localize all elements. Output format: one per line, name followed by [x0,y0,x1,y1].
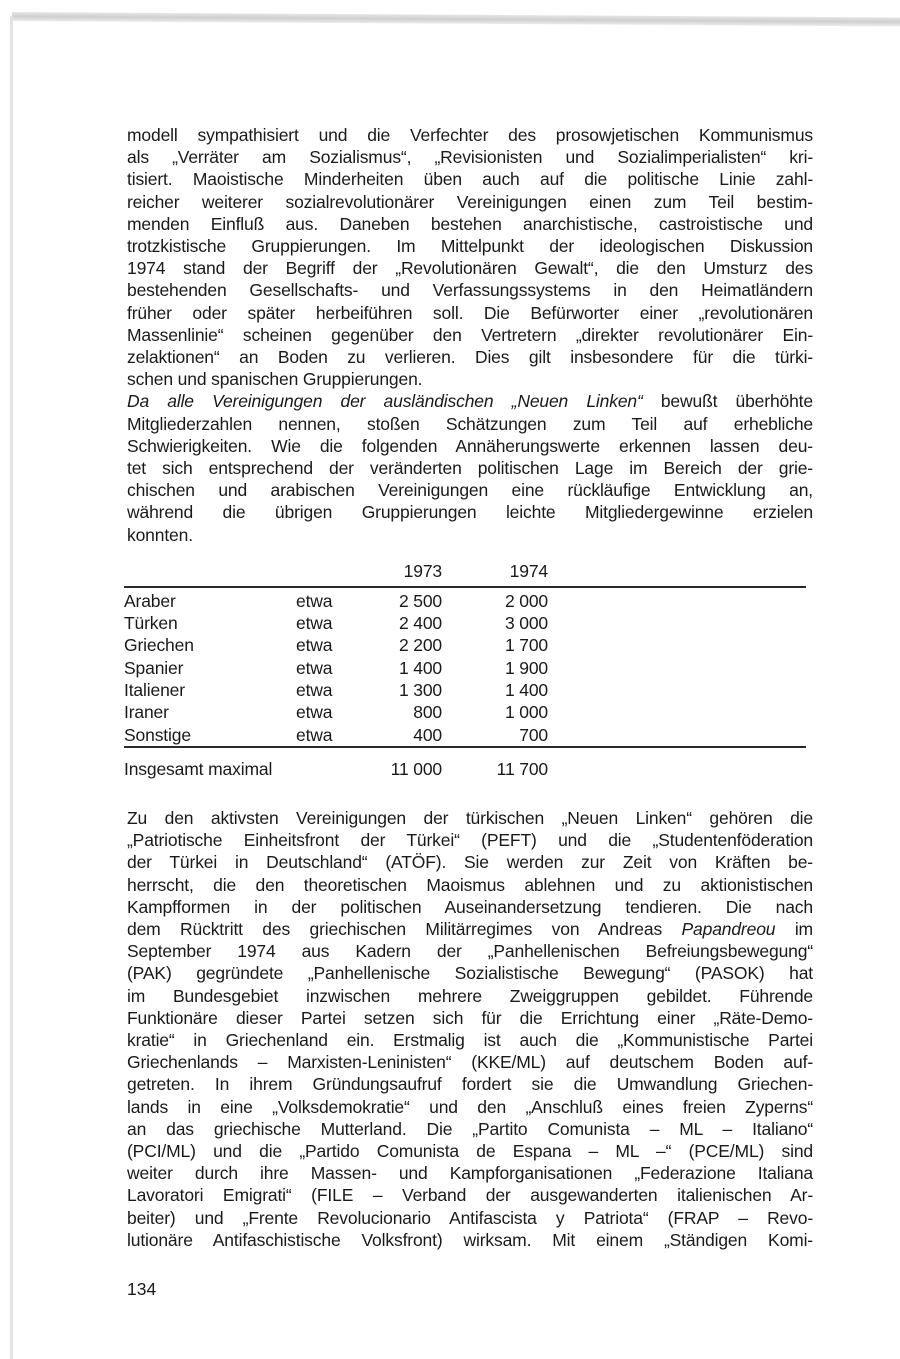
cell-1974: 1 900 [442,657,548,679]
text-line: tisiert. Maoistische Minderheiten üben a… [127,168,813,190]
text-line: lutionäre Antifaschistische Volksfront) … [127,1229,813,1251]
italic-lead: Da alle Vereinigungen der ausländischen … [127,391,643,411]
table-row: Griechenetwa2 2001 700 [124,634,806,656]
cell-qualifier: etwa [296,634,382,656]
cell-1973: 400 [382,724,442,747]
cell-1973: 800 [382,701,442,723]
text-line: getreten. In ihrem Gründungsaufruf forde… [127,1073,813,1095]
text-line: Funktionäre dieser Partei setzen sich fü… [127,1007,813,1029]
table-total-row: Insgesamt maximal11 00011 700 [124,748,806,780]
text-line: dem Rücktritt des griechischen Militärre… [127,918,813,940]
table-row: Spanieretwa1 4001 900 [124,657,806,679]
text-line: tet sich entsprechend der veränderten po… [127,457,813,479]
membership-table: 1973 1974 Araberetwa2 5002 000Türkenetwa… [124,556,806,780]
table-row: Iraneretwa8001 000 [124,701,806,723]
cell-spacer [548,748,806,780]
text-line: kratie“ in Griechenland ein. Erstmalig i… [127,1029,813,1051]
text-line: Schwierigkeiten. Wie die folgenden Annäh… [127,435,813,457]
cell-1973: 2 200 [382,634,442,656]
table-header-row: 1973 1974 [124,556,806,587]
cell-1974: 700 [442,724,548,747]
scan-edge-top [12,12,900,26]
cell-spacer [548,634,806,656]
cell-qualifier: etwa [296,701,382,723]
cell-1974: 1 400 [442,679,548,701]
cell-group: Araber [124,588,296,612]
text-line: früher oder später herbeiführen soll. Di… [127,302,813,324]
cell-1974: 2 000 [442,588,548,612]
text-line: während die übrigen Gruppierungen leicht… [127,501,813,523]
cell-qualifier: etwa [296,724,382,747]
header-group [124,556,296,587]
cell-qualifier: etwa [296,657,382,679]
paragraph-organizations: Zu den aktivsten Vereinigungen der türki… [127,807,813,1251]
text-line: chischen und arabischen Vereinigungen ei… [127,479,813,501]
text-line: Massenlinie“ scheinen gegenüber den Vert… [127,324,813,346]
cell-spacer [548,612,806,634]
cell-group: Sonstige [124,724,296,747]
table-row: Sonstigeetwa400700 [124,724,806,747]
header-1973: 1973 [382,556,442,587]
table-row: Araberetwa2 5002 000 [124,588,806,612]
cell-spacer [548,657,806,679]
scan-edge-left [10,16,13,1359]
text-line: (PCI/ML) und die „Partido Comunista de E… [127,1140,813,1162]
text-line: lands in eine „Volksdemokratie“ und den … [127,1096,813,1118]
text-line: bestehenden Gesellschafts- und Verfassun… [127,279,813,301]
text-line: Zu den aktivsten Vereinigungen der türki… [127,807,813,829]
cell-group: Iraner [124,701,296,723]
cell-1974: 1 700 [442,634,548,656]
cell-total-label: Insgesamt maximal [124,748,382,780]
header-qualifier [296,556,382,587]
cell-1974: 3 000 [442,612,548,634]
text-line: Da alle Vereinigungen der ausländischen … [127,390,813,412]
text-line: September 1974 aus Kadern der „Panhellen… [127,940,813,962]
cell-1974: 1 000 [442,701,548,723]
cell-spacer [548,724,806,747]
text-line: reicher weiterer sozialrevolutionärer Ve… [127,191,813,213]
cell-group: Spanier [124,657,296,679]
cell-total-1974: 11 700 [442,748,548,780]
text-line: modell sympathisiert und die Verfechter … [127,124,813,146]
text-line: (PAK) gegründete „Panhellenische Soziali… [127,962,813,984]
cell-qualifier: etwa [296,588,382,612]
cell-group: Türken [124,612,296,634]
table-row: Italieneretwa1 3001 400 [124,679,806,701]
text-line: trotzkistische Gruppierungen. Im Mittelp… [127,235,813,257]
cell-1973: 1 300 [382,679,442,701]
cell-spacer [548,679,806,701]
text-line: schen und spanischen Gruppierungen. [127,368,813,390]
paragraph-ideology: modell sympathisiert und die Verfechter … [127,124,813,390]
table-row: Türkenetwa2 4003 000 [124,612,806,634]
text-line: konnten. [127,524,813,546]
text-line: Mitgliederzahlen nennen, stoßen Schätzun… [127,413,813,435]
cell-spacer [548,588,806,612]
cell-total-1973: 11 000 [382,748,442,780]
cell-group: Griechen [124,634,296,656]
text-line: der Türkei in Deutschland“ (ATÖF). Sie w… [127,851,813,873]
text-line: Griechenlands – Marxisten-Leninisten“ (K… [127,1051,813,1073]
text-line: Lavoratori Emigrati“ (FILE – Verband der… [127,1184,813,1206]
cell-1973: 1 400 [382,657,442,679]
page-number: 134 [127,1279,156,1300]
text-line: herrscht, die den theoretischen Maoismus… [127,874,813,896]
text-line: an das griechische Mutterland. Die „Part… [127,1118,813,1140]
text-line: menden Einfluß aus. Daneben bestehen ana… [127,213,813,235]
text-line: weiter durch ihre Massen- und Kampforgan… [127,1162,813,1184]
text-line: im Bundesgebiet inzwischen mehrere Zweig… [127,985,813,1007]
italic-name: Papandreou [682,919,776,939]
cell-1973: 2 400 [382,612,442,634]
text-line: „Patriotische Einheitsfront der Türkei“ … [127,829,813,851]
header-1974: 1974 [442,556,548,587]
cell-qualifier: etwa [296,612,382,634]
paragraph-membership-estimates: Da alle Vereinigungen der ausländischen … [127,390,813,545]
text-line: beiter) und „Frente Revolucionario Antif… [127,1207,813,1229]
text-line: als „Verräter am Sozialismus“, „Revision… [127,146,813,168]
cell-qualifier: etwa [296,679,382,701]
text-line: Kampfformen in der politischen Auseinand… [127,896,813,918]
cell-spacer [548,701,806,723]
text-line: 1974 stand der Begriff der „Revolutionär… [127,257,813,279]
text-line: zelaktionen“ an Boden zu verlieren. Dies… [127,346,813,368]
cell-1973: 2 500 [382,588,442,612]
document-page: modell sympathisiert und die Verfechter … [127,124,813,1251]
cell-group: Italiener [124,679,296,701]
